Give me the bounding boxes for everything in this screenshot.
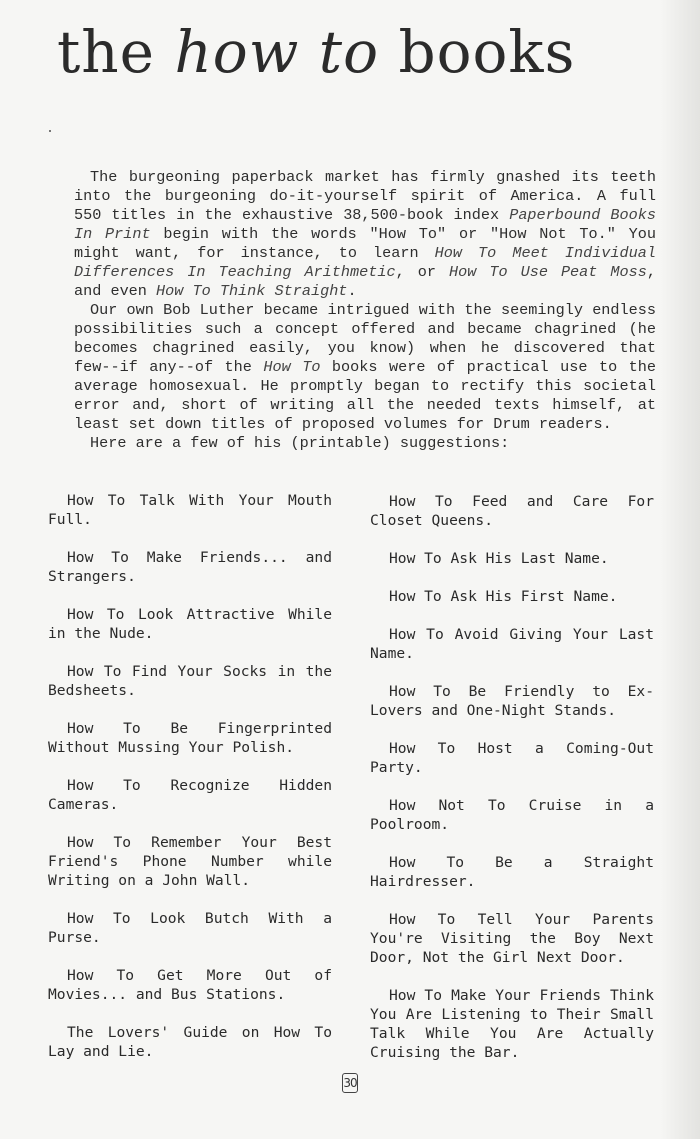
print-speck: [49, 130, 51, 132]
suggested-title: How To Avoid Giving Your Last Name.: [370, 625, 654, 663]
book-title-italic: How To Think Straight: [156, 282, 347, 300]
intro-paragraph: Our own Bob Luther became intrigued with…: [74, 301, 656, 434]
suggested-title: How To Recognize Hidden Cameras.: [48, 776, 332, 814]
suggested-title: How To Make Your Friends Think You Are L…: [370, 986, 654, 1062]
suggested-title: How To Host a Coming-Out Party.: [370, 739, 654, 777]
suggested-title: How To Remember Your Best Friend's Phone…: [48, 833, 332, 890]
intro-text: The burgeoning paperback market has firm…: [74, 168, 656, 453]
article-title: the how to books: [57, 18, 575, 88]
right-column-list: How To Feed and Care For Closet Queens.H…: [370, 492, 654, 1081]
suggested-title: How To Make Friends... and Strangers.: [48, 548, 332, 586]
suggested-title: How To Find Your Socks in the Bedsheets.: [48, 662, 332, 700]
suggested-title: How To Tell Your Parents You're Visiting…: [370, 910, 654, 967]
suggested-title: How To Look Attractive While in the Nude…: [48, 605, 332, 643]
book-title-italic: How To: [263, 358, 320, 376]
page-edge-shading: [660, 0, 700, 1139]
left-column-list: How To Talk With Your Mouth Full.How To …: [48, 491, 332, 1080]
suggested-title: The Lovers' Guide on How To Lay and Lie.: [48, 1023, 332, 1061]
title-part-how-to: how to: [174, 18, 379, 86]
intro-paragraph: Here are a few of his (printable) sugges…: [74, 434, 656, 453]
book-title-italic: How To Use Peat Moss: [449, 263, 647, 281]
title-part-the: the: [57, 18, 174, 86]
suggested-title: How To Be a Straight Hairdresser.: [370, 853, 654, 891]
suggested-title: How To Ask His Last Name.: [370, 549, 654, 568]
intro-paragraph: The burgeoning paperback market has firm…: [74, 168, 656, 301]
text-segment: Here are a few of his (printable) sugges…: [90, 434, 509, 452]
title-part-books: books: [379, 18, 575, 86]
suggested-title: How To Ask His First Name.: [370, 587, 654, 606]
suggested-title: How To Get More Out of Movies... and Bus…: [48, 966, 332, 1004]
suggested-title: How To Be Fingerprinted Without Mussing …: [48, 719, 332, 757]
suggested-title: How Not To Cruise in a Poolroom.: [370, 796, 654, 834]
text-segment: .: [347, 282, 356, 300]
suggested-title: How To Be Friendly to Ex-Lovers and One-…: [370, 682, 654, 720]
suggested-title: How To Feed and Care For Closet Queens.: [370, 492, 654, 530]
suggested-title: How To Talk With Your Mouth Full.: [48, 491, 332, 529]
text-segment: , or: [396, 263, 449, 281]
page-number: 30: [342, 1073, 358, 1093]
suggested-title: How To Look Butch With a Purse.: [48, 909, 332, 947]
